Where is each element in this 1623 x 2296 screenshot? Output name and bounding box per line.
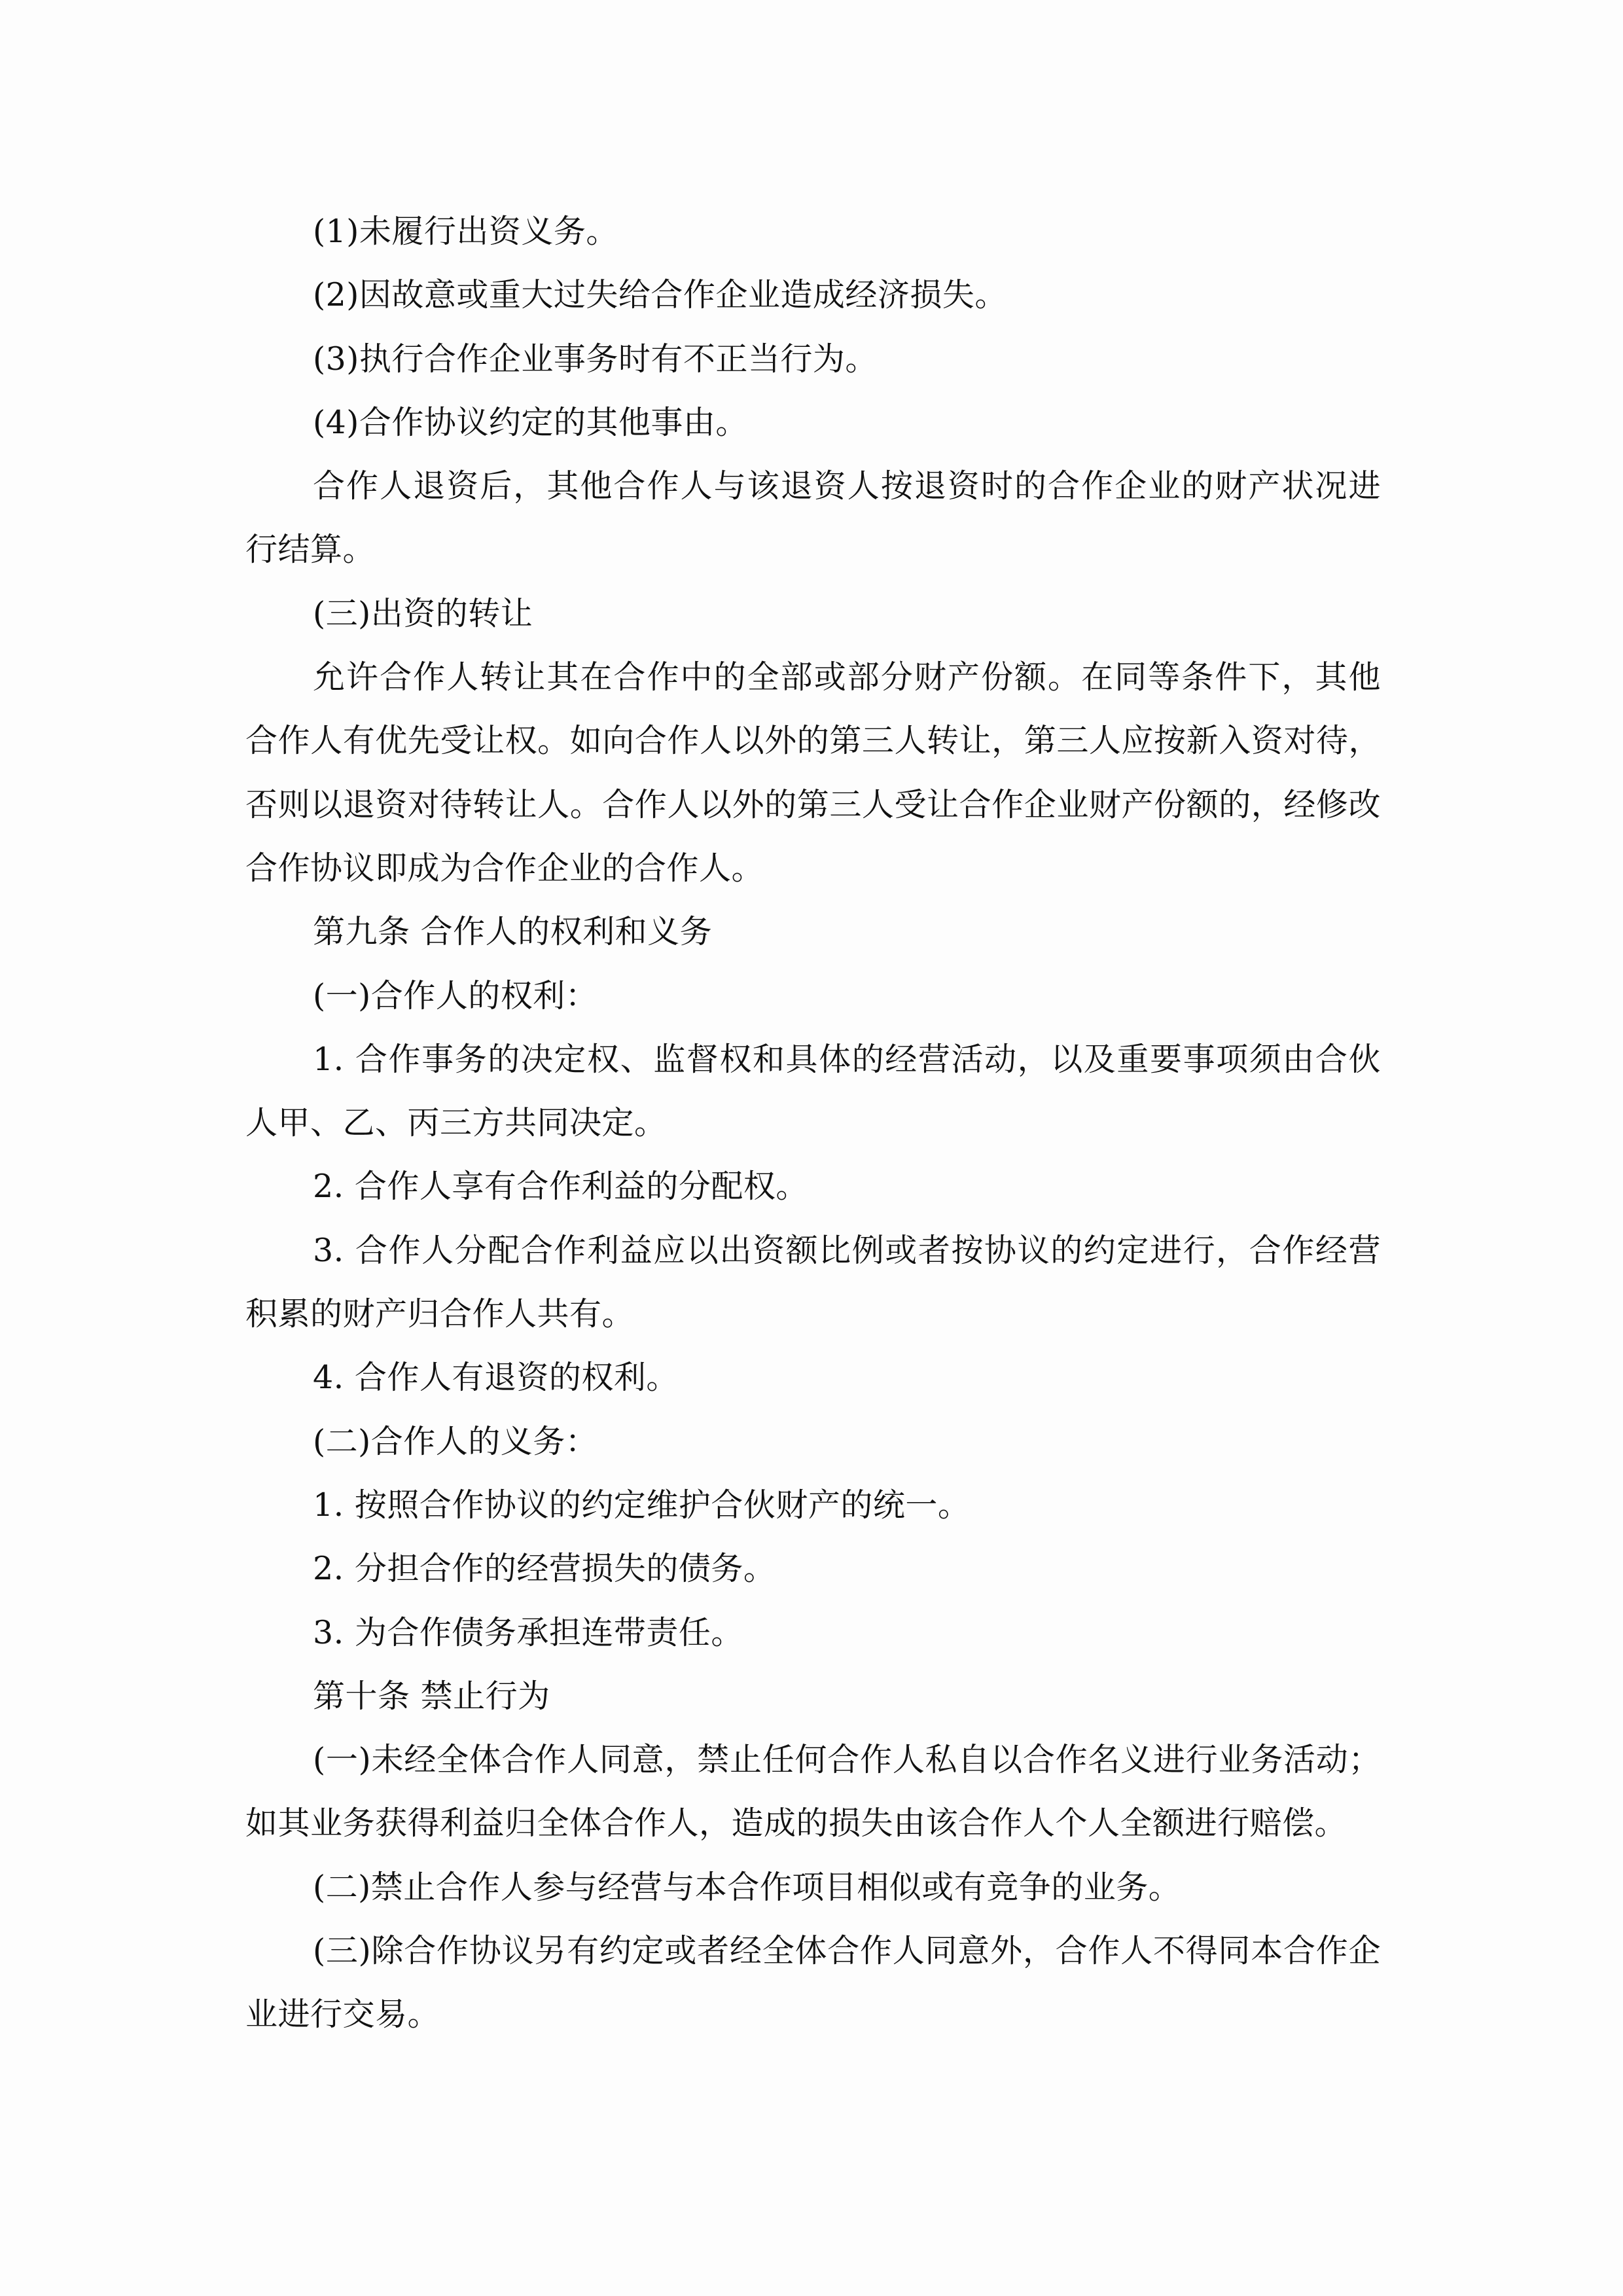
list-item-withdrawal-reason-2: (2)因故意或重大过失给合作企业造成经济损失。: [245, 263, 1381, 327]
section-heading-transfer: (三)出资的转让: [245, 582, 1381, 645]
paragraph-transfer: 允许合作人转让其在合作中的全部或部分财产份额。在同等条件下，其他合作人有优先受让…: [245, 645, 1381, 900]
list-item-obligation-2: 2. 分担合作的经营损失的债务。: [245, 1537, 1381, 1600]
list-item-withdrawal-reason-3: (3)执行合作企业事务时有不正当行为。: [245, 327, 1381, 391]
article-heading-10: 第十条 禁止行为: [245, 1664, 1381, 1728]
section-heading-rights: (一)合作人的权利：: [245, 964, 1381, 1028]
list-item-withdrawal-reason-1: (1)未履行出资义务。: [245, 200, 1381, 263]
list-item-withdrawal-reason-4: (4)合作协议约定的其他事由。: [245, 391, 1381, 454]
section-heading-obligations: (二)合作人的义务：: [245, 1410, 1381, 1473]
paragraph-prohibition-3: (三)除合作协议另有约定或者经全体合作人同意外，合作人不得同本合作企业进行交易。: [245, 1919, 1381, 2047]
list-item-obligation-3: 3. 为合作债务承担连带责任。: [245, 1601, 1381, 1664]
list-item-obligation-1: 1. 按照合作协议的约定维护合伙财产的统一。: [245, 1473, 1381, 1537]
document-page: (1)未履行出资义务。 (2)因故意或重大过失给合作企业造成经济损失。 (3)执…: [245, 200, 1381, 2047]
article-heading-9: 第九条 合作人的权利和义务: [245, 900, 1381, 963]
list-item-right-4: 4. 合作人有退资的权利。: [245, 1346, 1381, 1409]
paragraph-settlement: 合作人退资后，其他合作人与该退资人按退资时的合作企业的财产状况进行结算。: [245, 454, 1381, 582]
list-item-right-1: 1. 合作事务的决定权、监督权和具体的经营活动，以及重要事项须由合伙人甲、乙、丙…: [245, 1028, 1381, 1155]
paragraph-prohibition-2: (二)禁止合作人参与经营与本合作项目相似或有竞争的业务。: [245, 1856, 1381, 1919]
paragraph-prohibition-1: (一)未经全体合作人同意，禁止任何合作人私自以合作名义进行业务活动；如其业务获得…: [245, 1728, 1381, 1856]
list-item-right-2: 2. 合作人享有合作利益的分配权。: [245, 1155, 1381, 1218]
list-item-right-3: 3. 合作人分配合作利益应以出资额比例或者按协议的约定进行，合作经营积累的财产归…: [245, 1219, 1381, 1346]
